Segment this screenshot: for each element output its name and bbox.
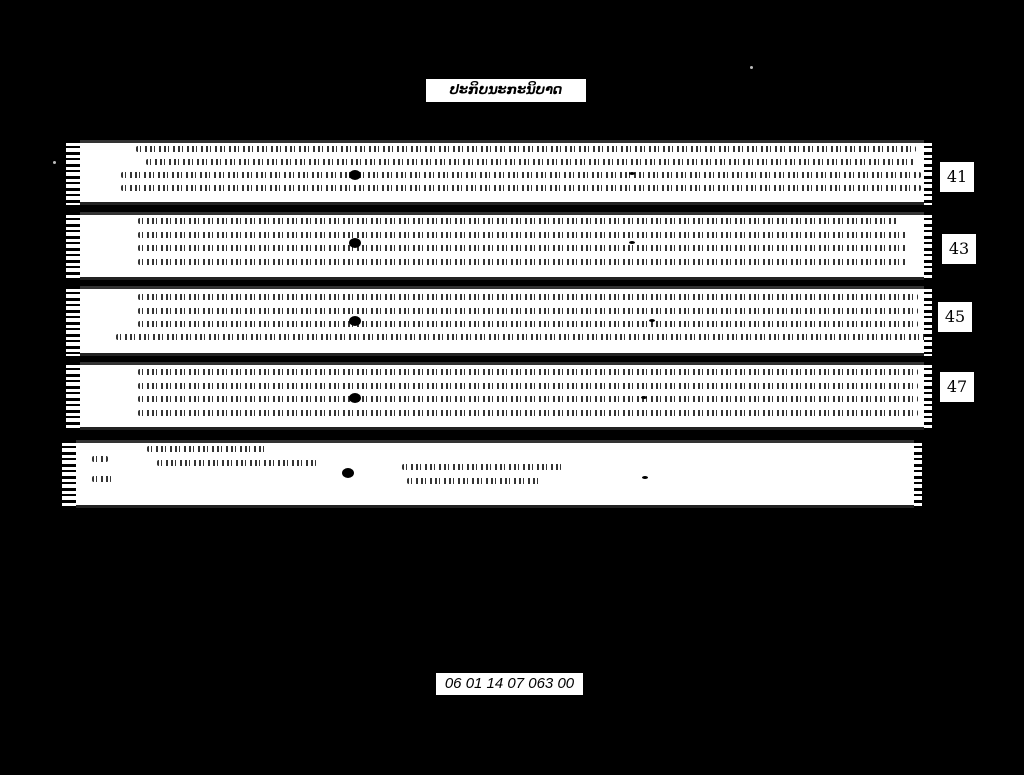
folio-number-45: 45 (938, 302, 972, 332)
palm-leaf-47 (66, 362, 932, 430)
palm-leaf-41 (66, 140, 932, 205)
binding-hole (349, 170, 361, 180)
palm-leaf-colophon (62, 440, 922, 508)
folio-number-43: 43 (942, 234, 976, 264)
script-line (138, 319, 918, 329)
script-line (138, 394, 918, 404)
document-id-label: 06 01 14 07 063 00 (436, 673, 583, 695)
script-line (138, 257, 908, 267)
folio-number-41: 41 (940, 162, 974, 192)
handwritten-line (402, 462, 562, 472)
handwritten-line (147, 444, 267, 454)
folio-number-47: 47 (940, 372, 974, 402)
document-title-label: ປະກິບນະກະນິບາດ (426, 79, 586, 102)
binding-hole (642, 476, 648, 479)
script-line (138, 216, 898, 226)
binding-hole (629, 172, 635, 175)
palm-leaf-45 (66, 286, 932, 356)
script-line (138, 408, 918, 418)
binding-hole (629, 241, 635, 244)
handwritten-line (407, 476, 542, 486)
binding-hole (342, 468, 354, 478)
binding-hole (649, 319, 655, 322)
script-line (138, 306, 918, 316)
scan-speck (750, 66, 753, 69)
handwritten-mark (92, 474, 112, 484)
binding-hole (349, 316, 361, 326)
script-line (138, 367, 918, 377)
handwritten-line (157, 458, 317, 468)
script-line (138, 381, 918, 391)
script-line (121, 183, 921, 193)
binding-hole (349, 393, 361, 403)
binding-hole (349, 238, 361, 248)
script-line (121, 170, 921, 180)
scan-speck (53, 161, 56, 164)
binding-hole (641, 396, 647, 399)
script-line (138, 243, 908, 253)
handwritten-mark (92, 454, 108, 464)
script-line (136, 144, 916, 154)
script-line (138, 230, 908, 240)
palm-leaf-43 (66, 212, 932, 280)
script-line (146, 157, 916, 167)
script-line (138, 292, 918, 302)
script-line (116, 332, 926, 342)
